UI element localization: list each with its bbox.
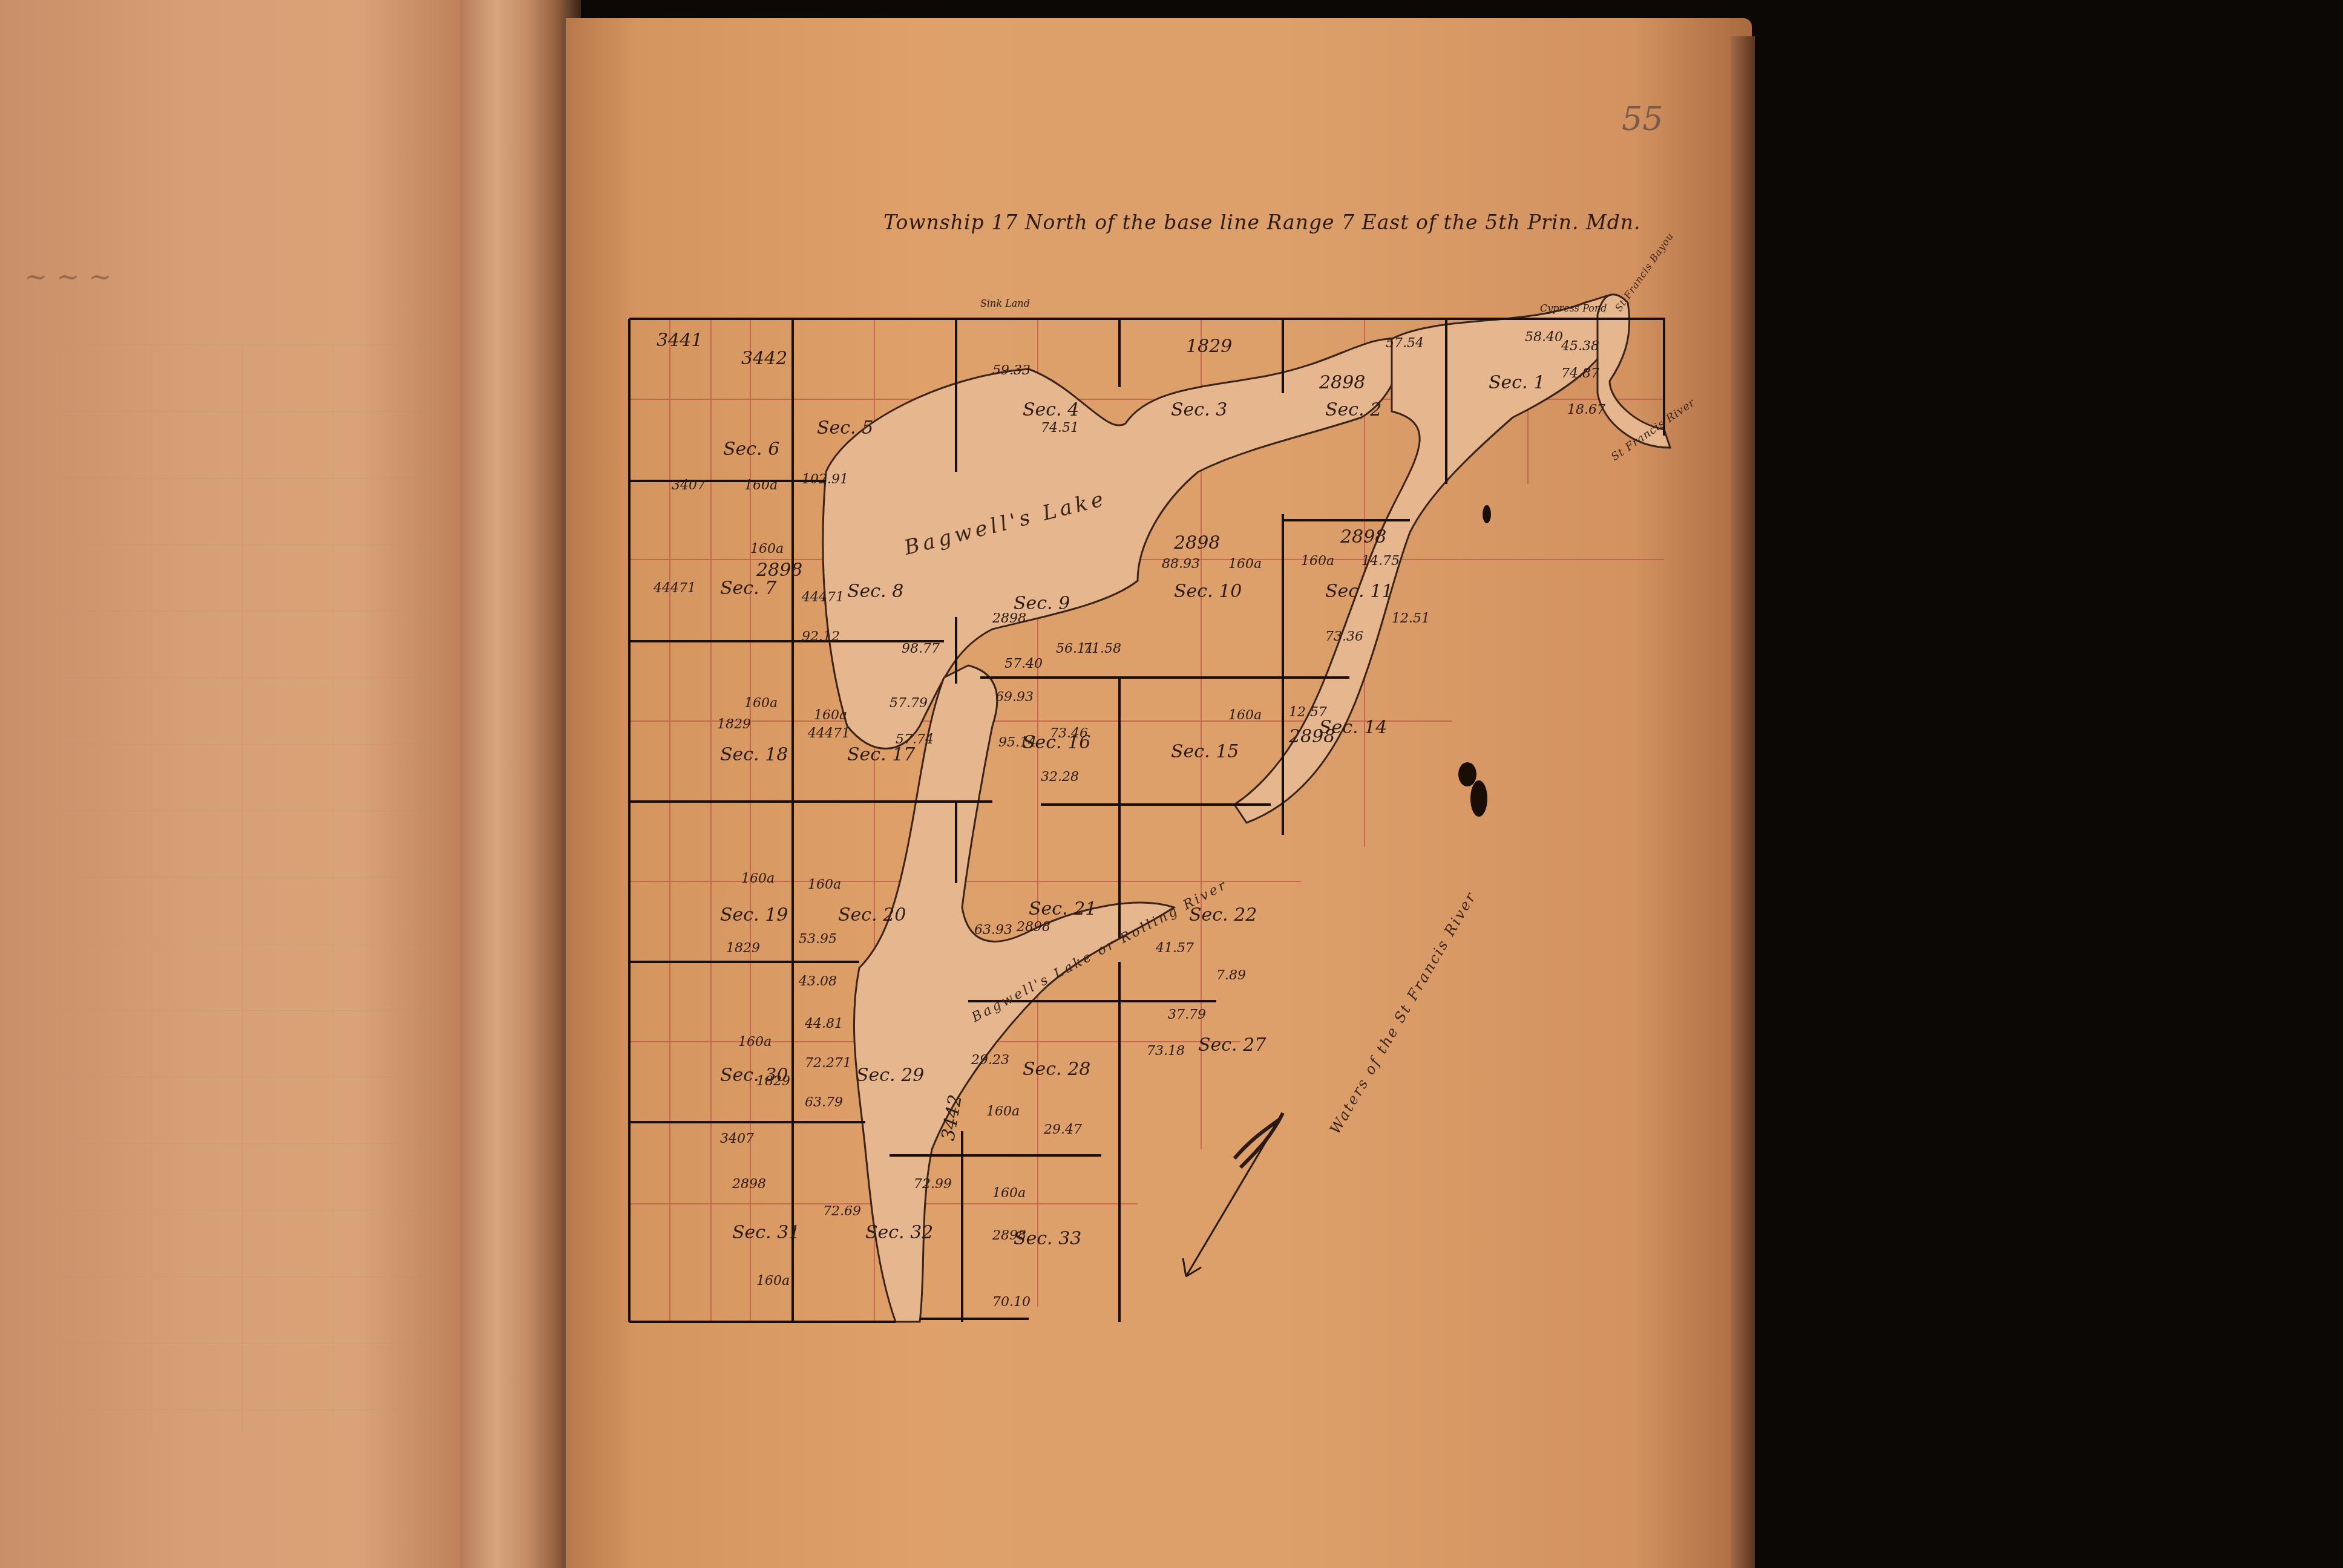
section-label: Sec. 32 xyxy=(865,1222,933,1243)
survey-number: 2898 xyxy=(992,1228,1026,1243)
acreage: 41.57 xyxy=(1156,941,1194,956)
acreage: 73.36 xyxy=(1325,629,1363,644)
acreage: 160a xyxy=(808,877,841,892)
section-label: Sec. 2 xyxy=(1325,399,1381,420)
acreage: 160a xyxy=(741,871,775,886)
acreage: 160a xyxy=(738,1034,772,1050)
acreage: 59.33 xyxy=(992,363,1031,378)
acreage: 160a xyxy=(756,1273,790,1289)
survey-number: 2898 xyxy=(1289,726,1335,747)
section-label: Sec. 15 xyxy=(1171,741,1239,762)
acreage: 72.69 xyxy=(823,1204,861,1219)
note-sink-land: Sink Land xyxy=(980,298,1030,309)
acreage: 160a xyxy=(986,1104,1020,1119)
section-label: Sec. 31 xyxy=(732,1222,800,1243)
acreage: 57.74 xyxy=(896,732,934,747)
acreage: 88.93 xyxy=(1162,557,1200,572)
acreage: 29.23 xyxy=(971,1053,1009,1068)
acreage: 12.57 xyxy=(1289,705,1327,720)
survey-number: 2898 xyxy=(1017,920,1050,935)
survey-number: 2898 xyxy=(732,1177,766,1192)
acreage: 92.12 xyxy=(802,629,840,644)
acreage: 160a xyxy=(744,478,778,493)
acreage: 7.89 xyxy=(1216,968,1246,983)
acreage: 58.40 xyxy=(1525,330,1563,345)
acreage: 70.10 xyxy=(992,1295,1031,1310)
survey-number: 3407 xyxy=(672,478,706,493)
acreage: 160a xyxy=(1228,708,1262,723)
survey-number: 1829 xyxy=(1186,336,1232,357)
acreage: 63.79 xyxy=(805,1095,843,1110)
acreage: 29.47 xyxy=(1044,1122,1082,1137)
survey-number: 3441 xyxy=(657,330,703,351)
acreage: 14.75 xyxy=(1362,554,1400,569)
acreage: 37.79 xyxy=(1168,1007,1206,1022)
section-label: Sec. 10 xyxy=(1174,581,1242,602)
section-label: Sec. 29 xyxy=(856,1065,924,1086)
section-label: Sec. 4 xyxy=(1023,399,1079,420)
section-label: Sec. 5 xyxy=(817,417,873,439)
section-label: Sec. 1 xyxy=(1489,372,1545,393)
survey-number: 2898 xyxy=(992,611,1026,626)
ink-mark xyxy=(1483,505,1491,523)
water-bodies xyxy=(823,295,1670,1322)
section-label: Sec. 11 xyxy=(1325,581,1393,602)
acreage: 160a xyxy=(992,1186,1026,1201)
section-label: Sec. 21 xyxy=(1029,898,1096,920)
survey-number: 2898 xyxy=(756,560,802,581)
acreage: 12.51 xyxy=(1392,611,1430,626)
acreage: 32.28 xyxy=(1041,769,1079,785)
survey-number: 2898 xyxy=(1319,372,1365,393)
section-label: Sec. 7 xyxy=(720,578,776,599)
survey-number: 44471 xyxy=(808,726,850,741)
acreage: 57.54 xyxy=(1386,336,1424,351)
acreage: 98.77 xyxy=(902,641,940,656)
acreage: 57.79 xyxy=(890,696,928,711)
section-label: Sec. 8 xyxy=(847,581,903,602)
acreage: 69.93 xyxy=(995,690,1034,705)
survey-number: 2898 xyxy=(1174,532,1220,554)
survey-number: 1829 xyxy=(756,1074,790,1089)
acreage: 72.99 xyxy=(914,1177,952,1192)
acreage: 102.91 xyxy=(802,472,848,487)
section-label: Sec. 22 xyxy=(1189,904,1257,926)
acreage: 73.46 xyxy=(1050,726,1088,741)
survey-number: 2898 xyxy=(1340,526,1386,547)
section-label: Sec. 27 xyxy=(1198,1034,1266,1056)
acreage: 53.95 xyxy=(799,932,837,947)
survey-plat-map xyxy=(0,0,2343,1568)
acreage: 44.81 xyxy=(805,1016,843,1031)
survey-number: 3407 xyxy=(720,1131,754,1146)
survey-number: 44471 xyxy=(802,590,844,605)
section-label: Sec. 17 xyxy=(847,744,915,765)
acreage: 45.38 xyxy=(1561,339,1599,354)
section-label: Sec. 3 xyxy=(1171,399,1227,420)
survey-number: 3442 xyxy=(741,348,787,369)
section-label: Sec. 28 xyxy=(1023,1059,1090,1080)
survey-number: 1829 xyxy=(726,941,760,956)
acreage: 160a xyxy=(744,696,778,711)
survey-number: 44471 xyxy=(654,581,696,596)
acreage: 18.67 xyxy=(1567,402,1605,417)
acreage: 72.271 xyxy=(805,1056,851,1071)
acreage: 160a xyxy=(1228,557,1262,572)
acreage: 160a xyxy=(814,708,847,723)
acreage: 74.51 xyxy=(1041,420,1079,436)
acreage: 63.93 xyxy=(974,923,1012,938)
note-cypress-pond: Cypress Pond xyxy=(1540,302,1607,314)
acreage: 43.08 xyxy=(799,974,837,989)
acreage: 73.18 xyxy=(1147,1044,1185,1059)
section-label: Sec. 19 xyxy=(720,904,788,926)
north-arrow-icon xyxy=(1183,1113,1283,1276)
ink-blot xyxy=(1470,780,1487,817)
acreage: 95.14 xyxy=(998,735,1037,750)
acreage: 160a xyxy=(750,541,784,557)
acreage: 74.87 xyxy=(1561,366,1599,381)
acreage: 71.58 xyxy=(1083,641,1121,656)
acreage: 160a xyxy=(1301,554,1334,569)
acreage: 57.40 xyxy=(1004,656,1043,671)
survey-number: 1829 xyxy=(717,717,751,732)
section-label: Sec. 6 xyxy=(723,439,779,460)
section-label: Sec. 20 xyxy=(838,904,906,926)
section-label: Sec. 18 xyxy=(720,744,788,765)
